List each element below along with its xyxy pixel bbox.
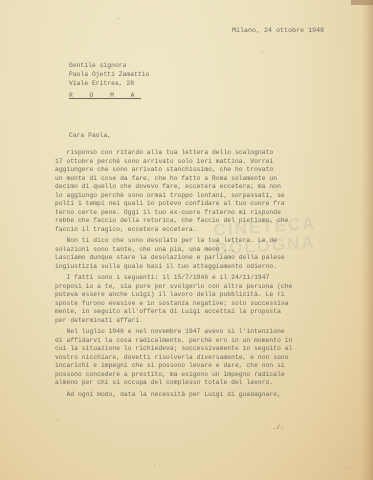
letter-line: poteva essere anche Luigi) il lavoro del… bbox=[55, 291, 285, 300]
date-line: Milano, 24 ottobre 1948 bbox=[232, 27, 324, 36]
letter-line: ingiustizia sulla quale basi il tuo atte… bbox=[55, 263, 277, 272]
letter-line: I fatti sono i seguenti: il 15/7/1946 e … bbox=[55, 274, 269, 283]
letter-line: Ad ogni modo, data la necessità per Luig… bbox=[55, 391, 281, 400]
letter-line: almeno per chi si occupa del complesso t… bbox=[55, 379, 273, 388]
letter-line: risponso con ritardo alla tua lettera de… bbox=[55, 149, 273, 158]
letter-line: faccio il tragico, eccetera eccetera. bbox=[55, 226, 197, 235]
page-edge-shadow bbox=[361, 0, 373, 480]
recipient-line: Paola Ojetti Zamattio bbox=[69, 71, 149, 80]
letter-line: Lasciamo dunque stare la desolazione e p… bbox=[55, 254, 285, 263]
letter-line: mente, in seguito all'offerta di Luigi a… bbox=[55, 308, 281, 317]
letter-line: cui la situazione lo richiedeva; success… bbox=[55, 345, 292, 354]
page-continuation-mark: ./. bbox=[273, 424, 284, 433]
letter-line: polti i tempi nei quali io potevo confid… bbox=[55, 200, 285, 209]
paper-speck bbox=[346, 468, 347, 469]
paper-speck bbox=[118, 18, 119, 19]
paper-speck bbox=[57, 420, 58, 421]
letter-page: CINETECA BOLOGNA Milano, 24 ottobre 1948… bbox=[0, 0, 373, 480]
letter-line: Non ti dico che sono desolato per la tua… bbox=[55, 237, 277, 246]
letter-line: Nel luglio 1946 e nel novembre 1947 avev… bbox=[55, 328, 285, 337]
letter-line: incarichi e impegni che si possono levar… bbox=[55, 362, 285, 371]
letter-line: aggiungere che sono arrivato stanchissim… bbox=[55, 166, 273, 175]
recipient-city: R O M A bbox=[69, 92, 141, 101]
letter-line: decimo di quello che dovevo fare, eccete… bbox=[55, 183, 281, 192]
salutation: Cara Paola, bbox=[69, 132, 111, 141]
letter-line: rebbe che faccio della retorica, che fac… bbox=[55, 217, 289, 226]
paper-speck bbox=[262, 52, 263, 53]
paper-speck bbox=[154, 465, 155, 466]
recipient-line: Gentile signora bbox=[69, 62, 126, 71]
recipient-line: Viale Eritrea, 28 bbox=[69, 80, 134, 89]
letter-line: per determinati affari. bbox=[55, 317, 143, 326]
